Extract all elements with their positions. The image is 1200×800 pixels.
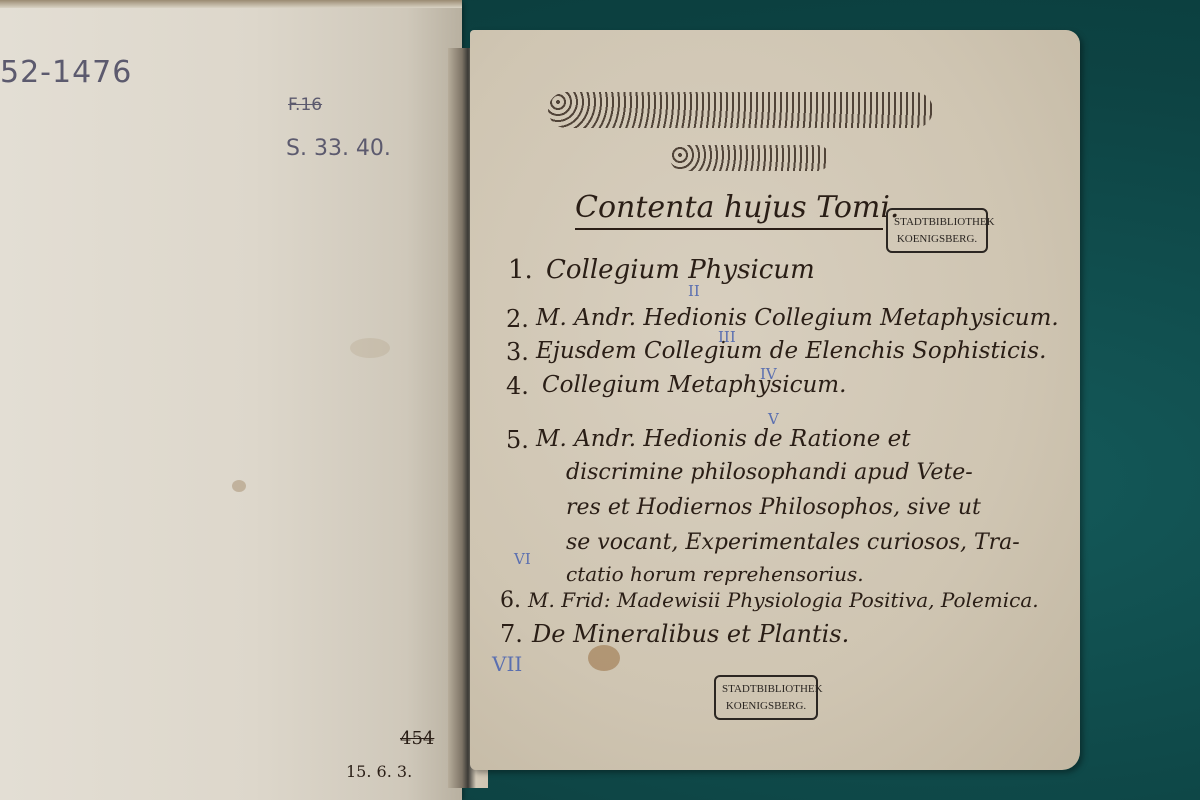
left-flyleaf: 52-1476 F.16 S. 33. 40. 454 15. 6. 3. (0, 0, 462, 800)
stain (588, 645, 620, 671)
page-top-edge (0, 0, 462, 8)
stamp-line: KOENIGSBERG. (894, 231, 980, 248)
struck-number: 454 (400, 728, 434, 749)
contents-page: Contenta hujus Tomi. STADTBIBLIOTHEK KOE… (470, 30, 1080, 770)
roman-numeral: II (688, 282, 700, 300)
entry-number: 5. (506, 426, 529, 454)
crossed-out-heading (548, 92, 933, 128)
entry-number: 4. (506, 372, 529, 400)
entry-text: Collegium Metaphysicum. (542, 372, 846, 398)
roman-numeral: VII (492, 652, 522, 676)
page-title: Contenta hujus Tomi. (575, 190, 899, 225)
pencil-reference: S. 33. 40. (286, 136, 391, 161)
entry-number: 6. (500, 588, 521, 613)
entry-number: 2. (506, 305, 529, 333)
entry-text: M. Frid: Madewisii Physiologia Positiva,… (528, 588, 1039, 612)
entry-text: Ejusdem Collegium de Elenchis Sophistici… (536, 338, 1046, 364)
crossed-out-heading (670, 145, 830, 171)
stain (232, 480, 246, 492)
entry-text: ctatio horum reprehensorius. (566, 562, 864, 586)
roman-numeral: VI (514, 550, 531, 568)
entry-text: res et Hodiernos Philosophos, sive ut (566, 495, 981, 520)
entry-number: 7. (500, 620, 523, 648)
stain (350, 338, 390, 358)
entry-text: M. Andr. Hedionis Collegium Metaphysicum… (536, 305, 1059, 331)
shelfmark-pencil: 52-1476 (0, 55, 132, 90)
library-stamp-top: STADTBIBLIOTHEK KOENIGSBERG. (886, 208, 988, 253)
bottom-reference: 15. 6. 3. (346, 762, 412, 781)
library-stamp-bottom: STADTBIBLIOTHEK KOENIGSBERG. (714, 675, 818, 720)
entry-text: se vocant, Experimentales curiosos, Tra- (566, 530, 1020, 555)
entry-text: discrimine philosophandi apud Vete- (566, 460, 973, 485)
title-underline (575, 228, 883, 230)
stamp-line: KOENIGSBERG. (722, 698, 810, 715)
entry-number: 3. (506, 338, 529, 366)
entry-text: Collegium Physicum (546, 255, 815, 285)
stamp-line: STADTBIBLIOTHEK (722, 681, 810, 698)
entry-text: De Mineralibus et Plantis. (532, 620, 849, 648)
struck-note: F.16 (288, 95, 322, 115)
entry-text: M. Andr. Hedionis de Ratione et (536, 426, 911, 452)
stamp-line: STADTBIBLIOTHEK (894, 214, 980, 231)
entry-number: 1. (508, 255, 533, 285)
